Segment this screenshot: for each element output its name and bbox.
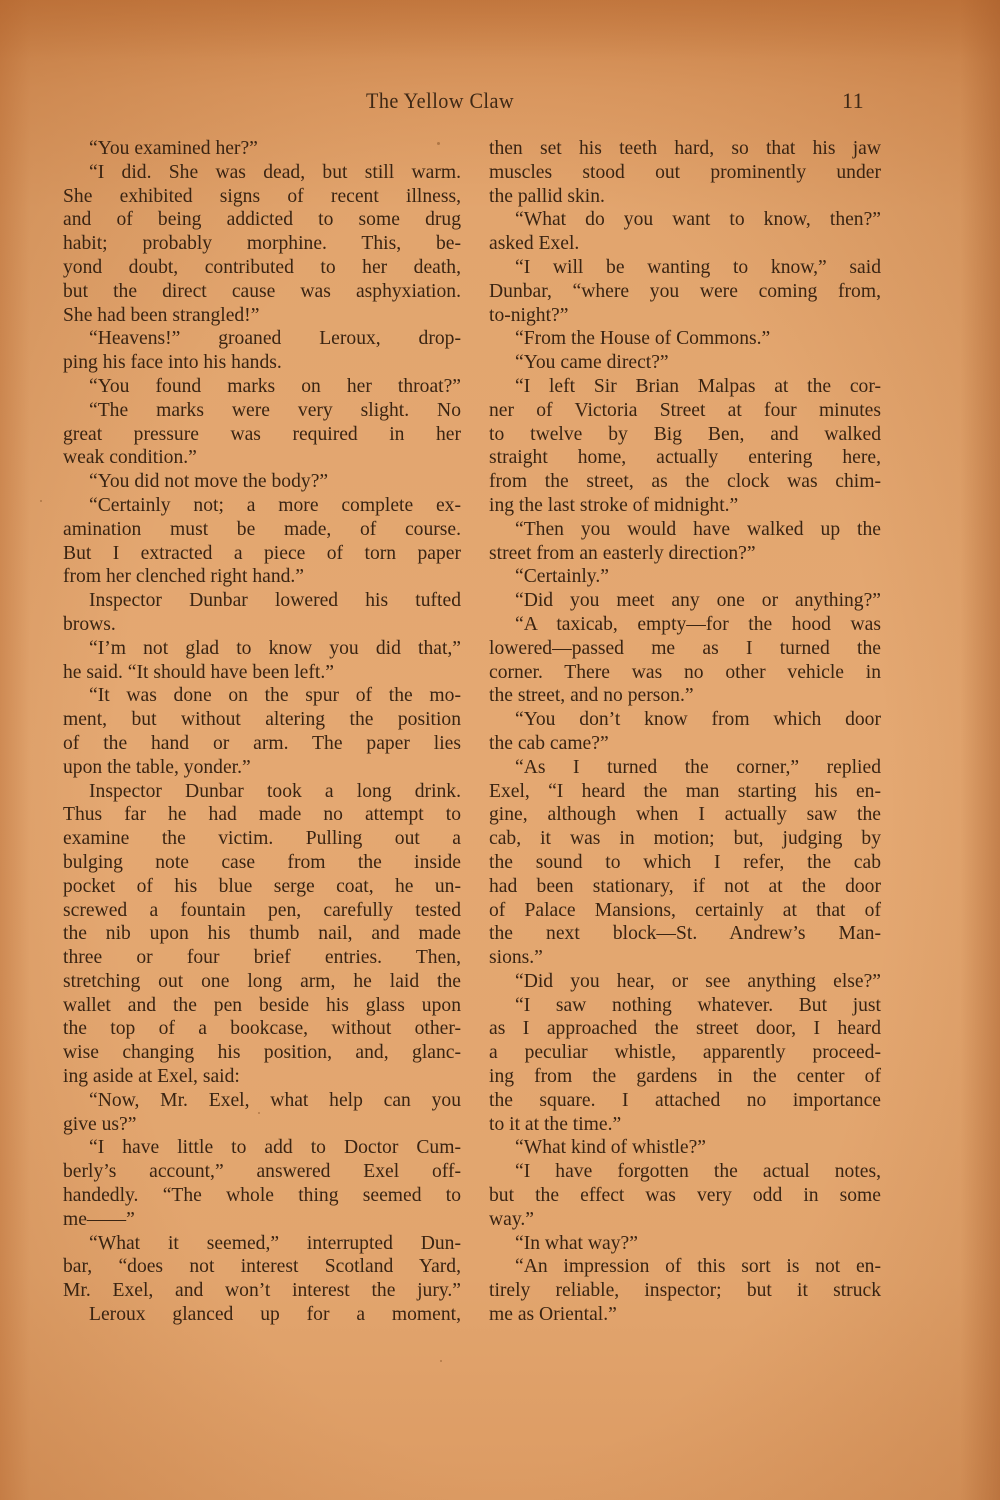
text-line: give us?”	[63, 1113, 461, 1137]
text-line: Dunbar, “where you were coming from,	[489, 280, 881, 304]
text-line: straight home, actually entering here,	[489, 446, 881, 470]
text-line: She exhibited signs of recent illness,	[63, 185, 461, 209]
text-line: “What kind of whistle?”	[489, 1136, 881, 1160]
text-line: “An impression of this sort is not en-	[489, 1255, 881, 1279]
text-line: amination must be made, of course.	[63, 518, 461, 542]
text-line: tirely reliable, inspector; but it struc…	[489, 1279, 881, 1303]
text-line: handedly. “The whole thing seemed to	[63, 1184, 461, 1208]
text-line: the sound to which I refer, the cab	[489, 851, 881, 875]
page-edge-shadow-right	[960, 0, 1000, 1500]
text-line: of Palace Mansions, certainly at that of	[489, 899, 881, 923]
text-line: habit; probably morphine. This, be-	[63, 232, 461, 256]
text-line: Exel, “I heard the man starting his en-	[489, 780, 881, 804]
text-line: from her clenched right hand.”	[63, 565, 461, 589]
text-line: he said. “It should have been left.”	[63, 661, 461, 685]
text-line: “In what way?”	[489, 1232, 881, 1256]
text-line: me——”	[63, 1208, 461, 1232]
text-line: berly’s account,” answered Exel off-	[63, 1160, 461, 1184]
text-line: Inspector Dunbar lowered his tufted	[63, 589, 461, 613]
text-line: me as Oriental.”	[489, 1303, 881, 1327]
text-line: to it at the time.”	[489, 1113, 881, 1137]
text-line: ing aside at Exel, said:	[63, 1065, 461, 1089]
text-line: But I extracted a piece of torn paper	[63, 542, 461, 566]
page-number: 11	[842, 88, 864, 114]
text-line: bar, “does not interest Scotland Yard,	[63, 1255, 461, 1279]
text-line: the street, and no person.”	[489, 684, 881, 708]
text-line: weak condition.”	[63, 446, 461, 470]
text-line: “You came direct?”	[489, 351, 881, 375]
text-line: “What do you want to know, then?”	[489, 208, 881, 232]
text-line: “Certainly.”	[489, 565, 881, 589]
text-line: brows.	[63, 613, 461, 637]
text-line: “I did. She was dead, but still warm.	[63, 161, 461, 185]
text-line: “What it seemed,” interrupted Dun-	[63, 1232, 461, 1256]
text-line: “Did you hear, or see anything else?”	[489, 970, 881, 994]
text-line: three or four brief entries. Then,	[63, 946, 461, 970]
text-line: of the hand or arm. The paper lies	[63, 732, 461, 756]
text-line: pocket of his blue serge coat, he un-	[63, 875, 461, 899]
text-line: to twelve by Big Ben, and walked	[489, 423, 881, 447]
running-header: The Yellow Claw 11	[0, 88, 1000, 122]
text-line: lowered—passed me as I turned the	[489, 637, 881, 661]
text-line: way.”	[489, 1208, 881, 1232]
text-line: ing from the gardens in the center of	[489, 1065, 881, 1089]
text-line: as I approached the street door, I heard	[489, 1017, 881, 1041]
text-line: to-night?”	[489, 304, 881, 328]
text-line: great pressure was required in her	[63, 423, 461, 447]
text-line: examine the victim. Pulling out a	[63, 827, 461, 851]
text-line: “You examined her?”	[63, 137, 461, 161]
text-line: ping his face into his hands.	[63, 351, 461, 375]
text-line: She had been strangled!”	[63, 304, 461, 328]
text-line: yond doubt, contributed to her death,	[63, 256, 461, 280]
text-line: the nib upon his thumb nail, and made	[63, 922, 461, 946]
text-line: the pallid skin.	[489, 185, 881, 209]
text-line: sions.”	[489, 946, 881, 970]
text-line: “I’m not glad to know you did that,”	[63, 637, 461, 661]
text-column-left: “You examined her?”“I did. She was dead,…	[63, 137, 461, 1327]
text-line: Mr. Exel, and won’t interest the jury.”	[63, 1279, 461, 1303]
text-line: street from an easterly direction?”	[489, 542, 881, 566]
text-line: “I left Sir Brian Malpas at the cor-	[489, 375, 881, 399]
page-edge-shadow-top	[0, 0, 1000, 60]
text-line: corner. There was no other vehicle in	[489, 661, 881, 685]
text-line: “Heavens!” groaned Leroux, drop-	[63, 327, 461, 351]
paper-speck	[440, 1360, 442, 1362]
text-line: “I have little to add to Doctor Cum-	[63, 1136, 461, 1160]
text-line: Thus far he had made no attempt to	[63, 803, 461, 827]
text-line: muscles stood out prominently under	[489, 161, 881, 185]
text-line: “A taxicab, empty—for the hood was	[489, 613, 881, 637]
text-line: ment, but without altering the position	[63, 708, 461, 732]
text-line: “Certainly not; a more complete ex-	[63, 494, 461, 518]
book-title: The Yellow Claw	[366, 88, 514, 114]
text-line: “I have forgotten the actual notes,	[489, 1160, 881, 1184]
text-line: gine, although when I actually saw the	[489, 803, 881, 827]
text-line: and of being addicted to some drug	[63, 208, 461, 232]
text-line: then set his teeth hard, so that his jaw	[489, 137, 881, 161]
text-line: “The marks were very slight. No	[63, 399, 461, 423]
text-line: the top of a bookcase, without other-	[63, 1017, 461, 1041]
paper-speck	[40, 500, 42, 502]
text-line: upon the table, yonder.”	[63, 756, 461, 780]
text-line: from the street, as the clock was chim-	[489, 470, 881, 494]
text-line: stretching out one long arm, he laid the	[63, 970, 461, 994]
text-line: “You did not move the body?”	[63, 470, 461, 494]
text-line: ner of Victoria Street at four minutes	[489, 399, 881, 423]
text-line: Leroux glanced up for a moment,	[63, 1303, 461, 1327]
text-line: “I will be wanting to know,” said	[489, 256, 881, 280]
text-line: screwed a fountain pen, carefully tested	[63, 899, 461, 923]
text-line: “From the House of Commons.”	[489, 327, 881, 351]
text-line: cab, it was in motion; but, judging by	[489, 827, 881, 851]
text-line: wallet and the pen beside his glass upon	[63, 994, 461, 1018]
text-line: a peculiar whistle, apparently proceed-	[489, 1041, 881, 1065]
text-line: the square. I attached no importance	[489, 1089, 881, 1113]
page-edge-shadow-left	[0, 0, 30, 1500]
text-line: asked Exel.	[489, 232, 881, 256]
text-column-right: then set his teeth hard, so that his jaw…	[489, 137, 881, 1327]
text-line: wise changing his position, and, glanc-	[63, 1041, 461, 1065]
text-line: Inspector Dunbar took a long drink.	[63, 780, 461, 804]
text-line: “As I turned the corner,” replied	[489, 756, 881, 780]
text-line: but the effect was very odd in some	[489, 1184, 881, 1208]
text-line: the cab came?”	[489, 732, 881, 756]
text-line: “Did you meet any one or anything?”	[489, 589, 881, 613]
text-line: ing the last stroke of midnight.”	[489, 494, 881, 518]
text-line: “Now, Mr. Exel, what help can you	[63, 1089, 461, 1113]
text-line: “Then you would have walked up the	[489, 518, 881, 542]
text-line: “You don’t know from which door	[489, 708, 881, 732]
text-line: “I saw nothing whatever. But just	[489, 994, 881, 1018]
text-line: the next block—St. Andrew’s Man-	[489, 922, 881, 946]
text-line: bulging note case from the inside	[63, 851, 461, 875]
text-line: had been stationary, if not at the door	[489, 875, 881, 899]
text-line: but the direct cause was asphyxiation.	[63, 280, 461, 304]
text-line: “You found marks on her throat?”	[63, 375, 461, 399]
text-line: “It was done on the spur of the mo-	[63, 684, 461, 708]
